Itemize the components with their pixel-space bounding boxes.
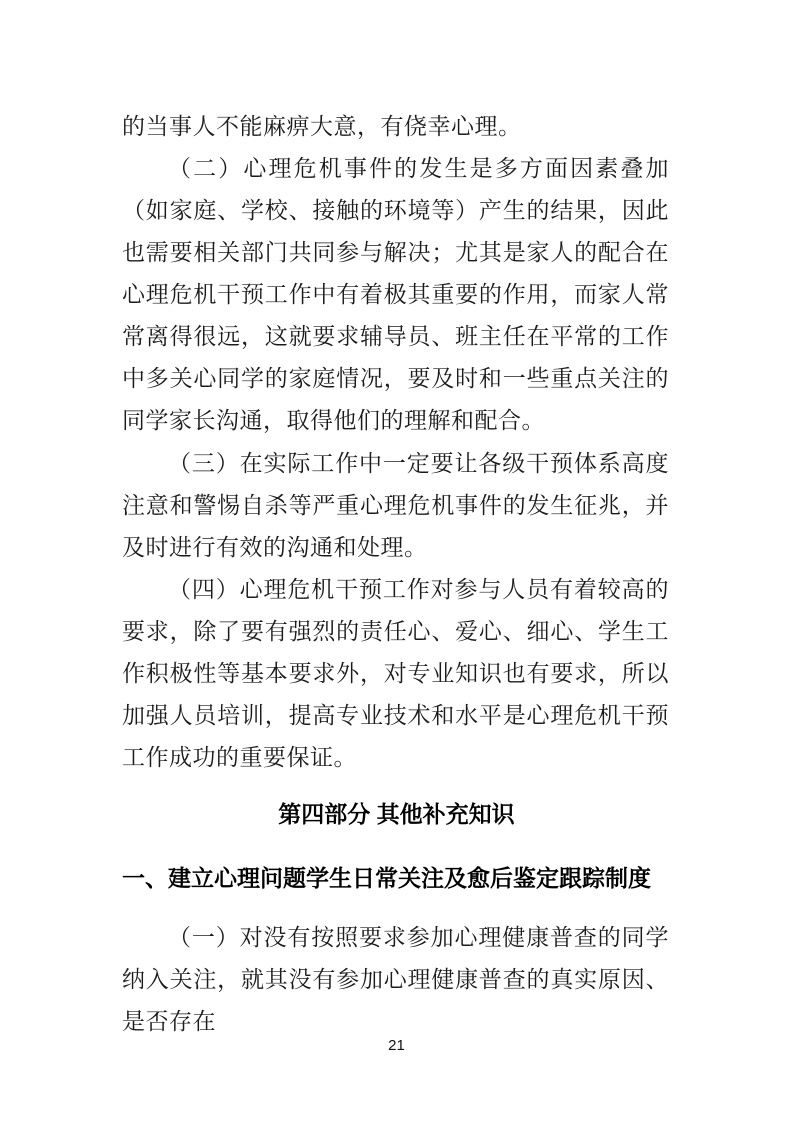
paragraph-continuation: 的当事人不能麻痹大意，有侥幸心理。 — [122, 106, 669, 148]
document-page: 的当事人不能麻痹大意，有侥幸心理。 （二）心理危机事件的发生是多方面因素叠加（如… — [0, 0, 793, 1122]
paragraph-item-3: （三）在实际工作中一定要让各级干预体系高度注意和警惕自杀等严重心理危机事件的发生… — [122, 443, 669, 569]
subsection-heading: 一、建立心理问题学生日常关注及愈后鉴定跟踪制度 — [122, 857, 682, 899]
paragraph-item-4: （四）心理危机干预工作对参与人员有着较高的要求，除了要有强烈的责任心、爱心、细心… — [122, 569, 669, 779]
paragraph-item-2: （二）心理危机事件的发生是多方面因素叠加（如家庭、学校、接触的环境等）产生的结果… — [122, 148, 669, 442]
section-heading: 第四部分 其他补充知识 — [0, 793, 793, 835]
paragraph-item-1-new-section: （一）对没有按照要求参加心理健康普查的同学纳入关注，就其没有参加心理健康普查的真… — [122, 917, 669, 1043]
page-number: 21 — [0, 1036, 793, 1056]
